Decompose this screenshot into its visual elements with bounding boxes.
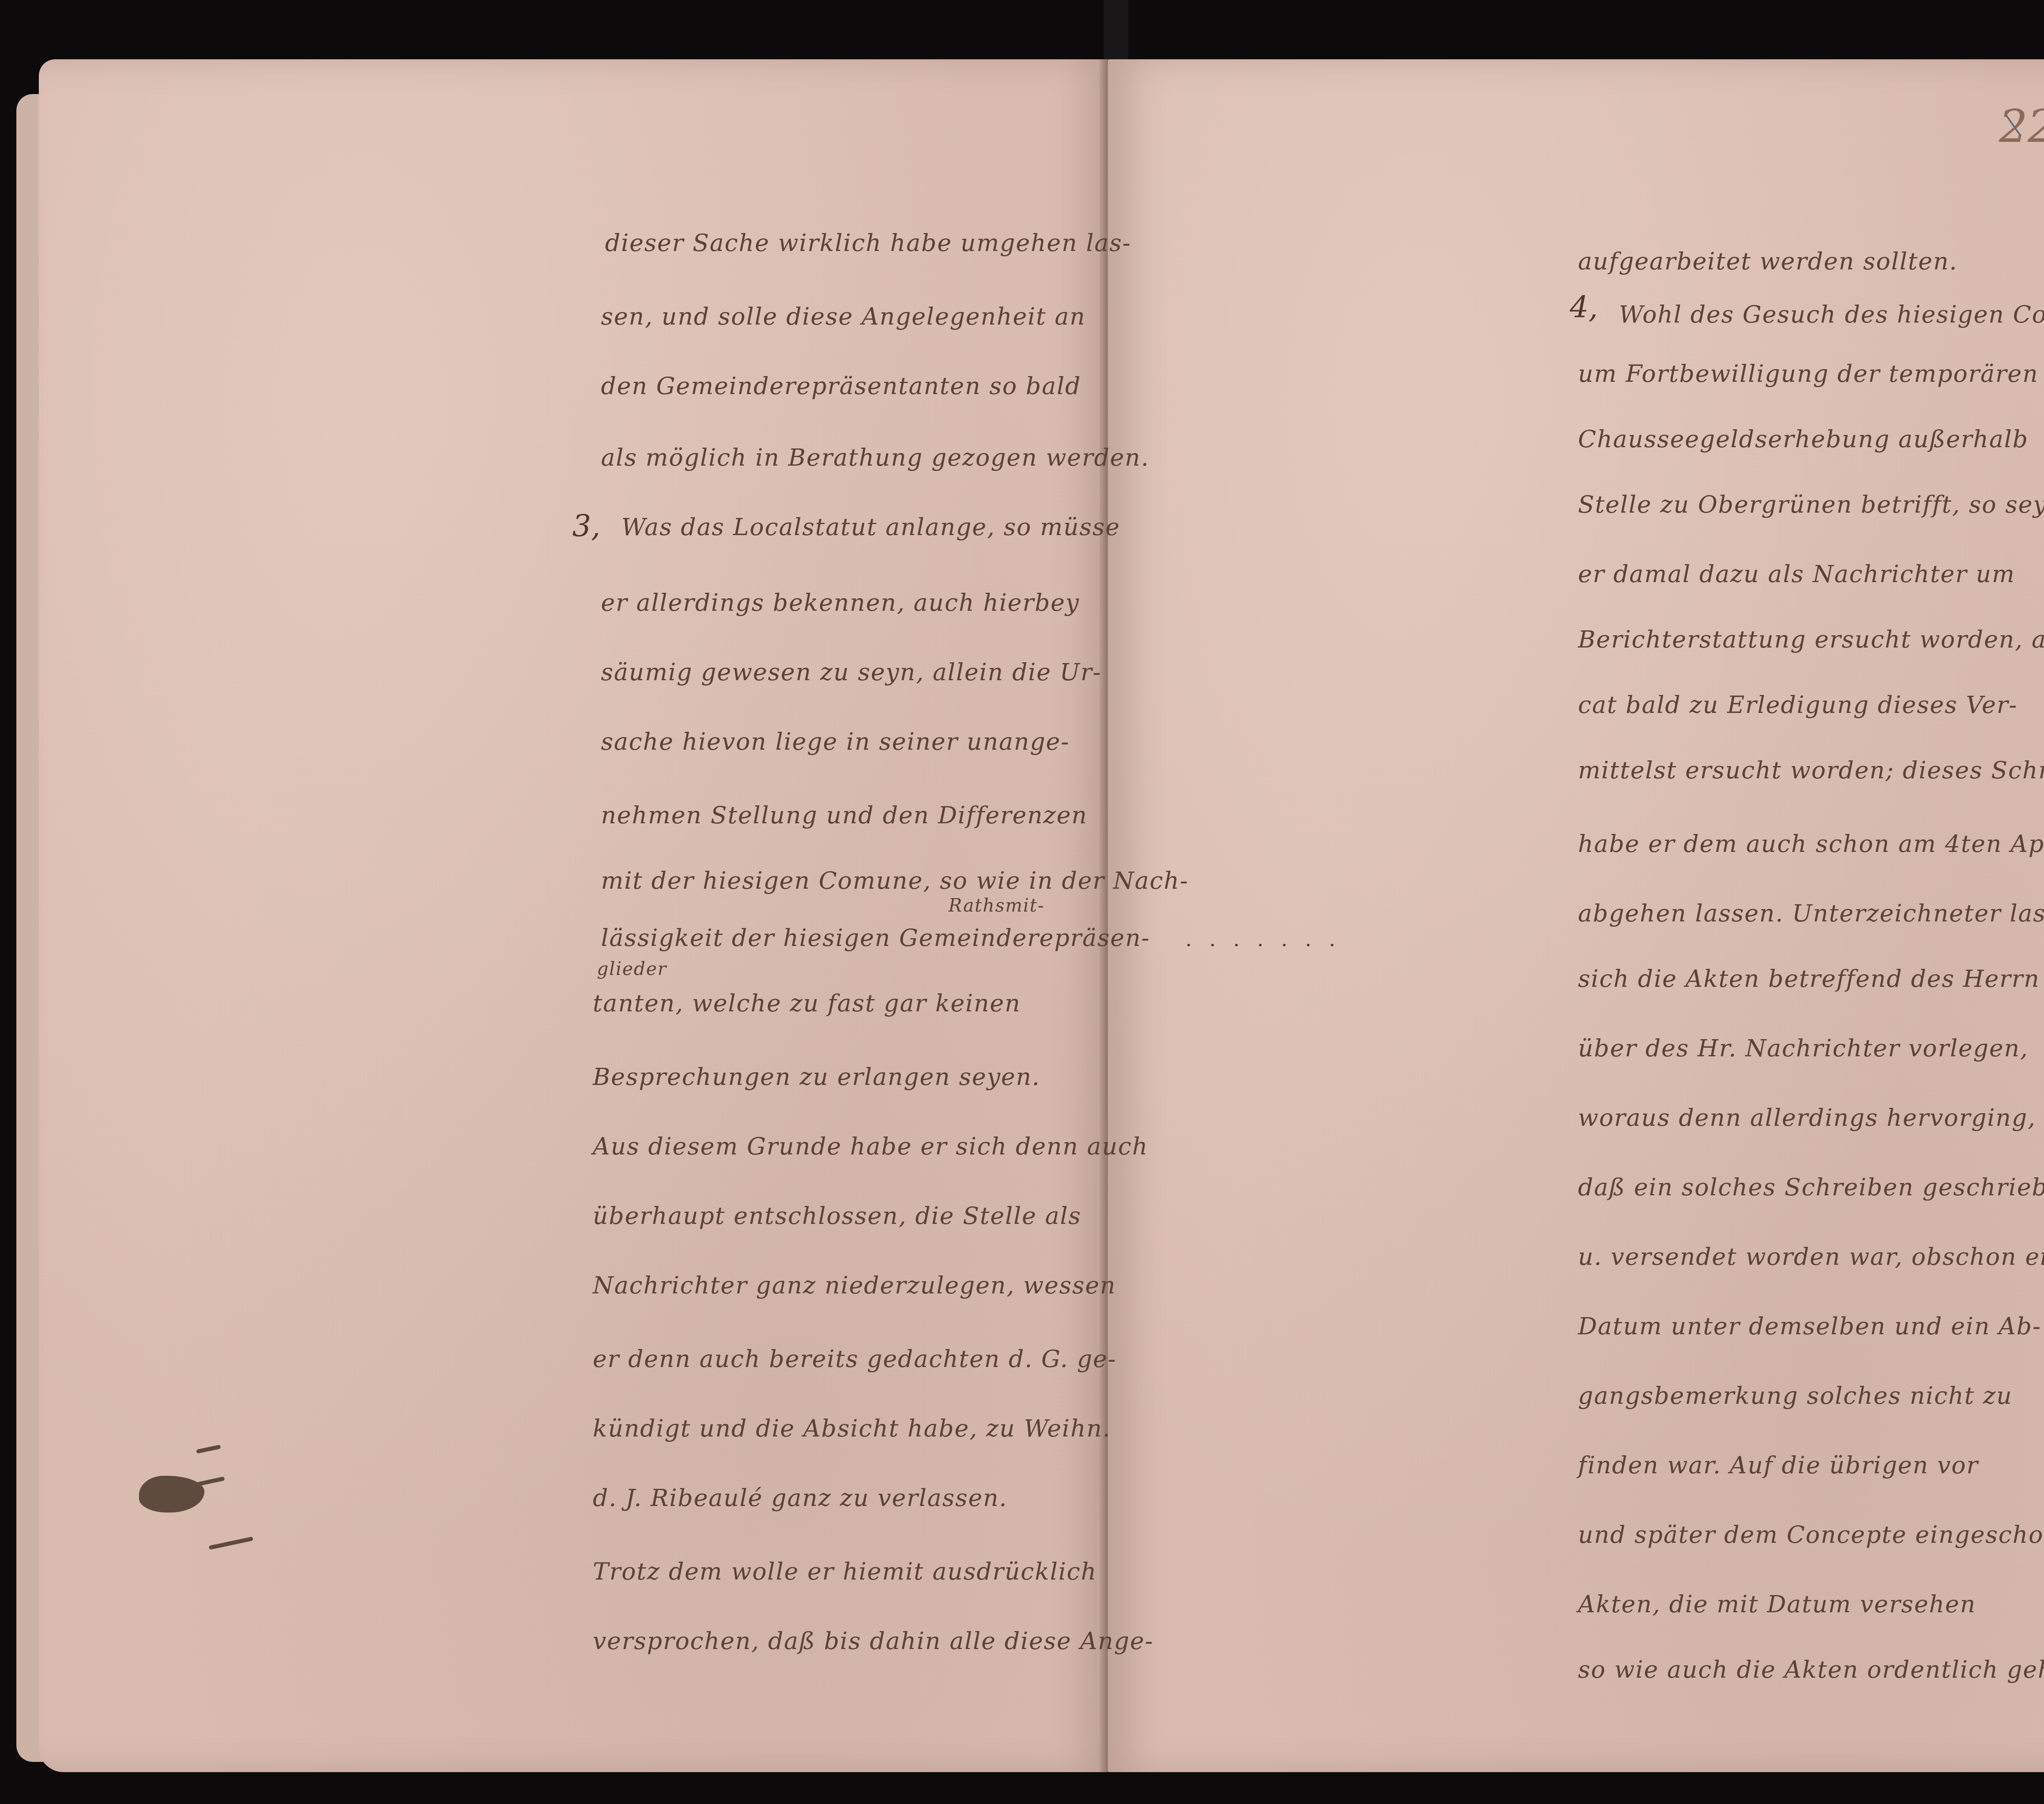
item-number-4: 4, <box>1570 290 1598 325</box>
left-line: den Gemeinderepräsentanten so bald <box>601 372 1081 400</box>
left-line: Aus diesem Grunde habe er sich denn auch <box>593 1132 1148 1160</box>
right-line: gangsbemerkung solches nicht zu <box>1578 1382 2013 1410</box>
right-line: über des Hr. Nachrichter vorlegen, <box>1578 1034 2028 1062</box>
right-line: mittelst ersucht worden; dieses Schreibe… <box>1578 756 2044 784</box>
left-line: mit der hiesigen Comune, so wie in der N… <box>601 867 1189 894</box>
right-line: u. versendet worden war, obschon ein <box>1578 1243 2044 1271</box>
left-line: überhaupt entschlossen, die Stelle als <box>593 1202 1081 1230</box>
right-line: Wohl des Gesuch des hiesigen Comune <box>1619 300 2044 328</box>
left-line-text: Was das Localstatut anlange, so müsse <box>621 513 1120 541</box>
book-spread: dieser Sache wirklich habe umgehen las- … <box>0 0 2044 1804</box>
right-line: Datum unter demselben und ein Ab- <box>1578 1312 2042 1340</box>
interlinear-insertion: glieder <box>597 959 667 979</box>
left-line: tanten, welche zu fast gar keinen <box>593 989 1021 1017</box>
right-line: sich die Akten betreffend des Herrn <box>1578 965 2040 993</box>
left-line: er denn auch bereits gedachten d. G. ge- <box>593 1345 1116 1373</box>
right-line: Chausseegeldserhebung außerhalb <box>1578 425 2028 453</box>
right-line: und später dem Concepte eingeschobenen <box>1578 1521 2044 1549</box>
left-line: Besprechungen zu erlangen seyen. <box>593 1063 1040 1091</box>
right-line: habe er dem auch schon am 4ten April 18.… <box>1578 830 2044 858</box>
right-line: um Fortbewilligung der temporären <box>1578 360 2039 388</box>
right-line-continuation: aufgearbeitet werden sollten. <box>1578 247 1958 275</box>
right-line: er damal dazu als Nachrichter um <box>1578 560 2015 588</box>
left-line: sache hievon liege in seiner unange- <box>601 728 1069 755</box>
left-line: lässigkeit der hiesigen Gemeinderepräsen… <box>601 924 1150 952</box>
left-line-item3: Was das Localstatut anlange, so müsse <box>621 513 1120 541</box>
right-line: Berichterstattung ersucht worden, als Ad… <box>1578 625 2044 653</box>
folio-number: 22. <box>1999 100 2044 152</box>
spine-top <box>1104 0 1128 61</box>
interlinear-insertion: Rathsmit- <box>948 895 1044 916</box>
right-line: daß ein solches Schreiben geschrieben <box>1578 1173 2044 1201</box>
left-line: er allerdings bekennen, auch hierbey <box>601 589 1080 616</box>
dotted-line: · · · · · · · <box>1186 934 1341 957</box>
left-line: dieser Sache wirklich habe umgehen las- <box>605 229 1131 257</box>
left-line: kündigt und die Absicht habe, zu Weihn. <box>593 1414 1111 1442</box>
left-line: Nachrichter ganz niederzulegen, wessen <box>593 1271 1116 1299</box>
right-line: Stelle zu Obergrünen betrifft, so sey <box>1578 491 2044 518</box>
right-line: abgehen lassen. Unterzeichneter lasse <box>1578 899 2044 927</box>
left-line: sen, und solle diese Angelegenheit an <box>601 303 1086 330</box>
right-line: so wie auch die Akten ordentlich gehefte… <box>1578 1656 2044 1683</box>
left-line: versprochen, daß bis dahin alle diese An… <box>593 1627 1154 1655</box>
right-line: cat bald zu Erledigung dieses Ver- <box>1578 691 2018 719</box>
left-line: Trotz dem wolle er hiemit ausdrücklich <box>593 1557 1097 1585</box>
right-line: Akten, die mit Datum versehen <box>1578 1590 1976 1618</box>
left-line: säumig gewesen zu seyn, allein die Ur- <box>601 658 1102 686</box>
left-line: d. J. Ribeaulé ganz zu verlassen. <box>593 1484 1008 1512</box>
right-line: woraus denn allerdings hervorging, <box>1578 1104 2036 1132</box>
left-line: nehmen Stellung und den Differenzen <box>601 801 1087 829</box>
item-number-3: 3, <box>572 509 601 543</box>
right-line: finden war. Auf die übrigen vor <box>1578 1451 1979 1479</box>
left-line: als möglich in Berathung gezogen werden. <box>601 444 1149 471</box>
